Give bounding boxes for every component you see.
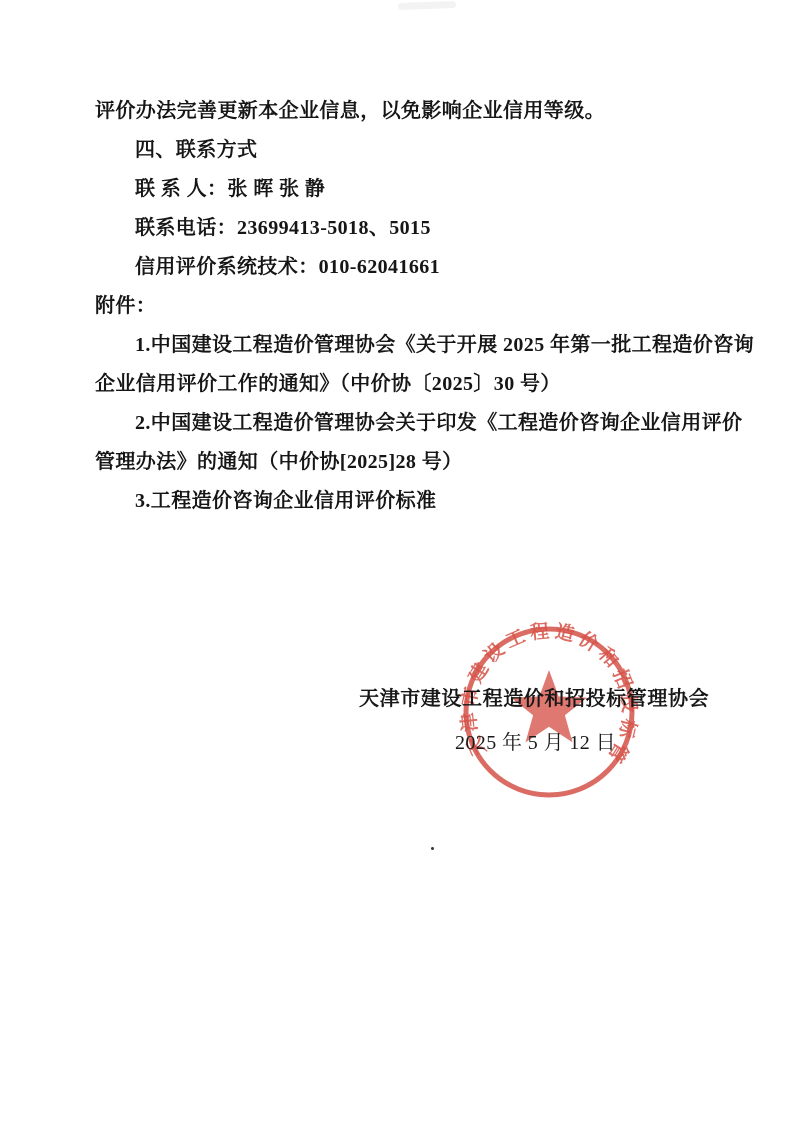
attachment-item-1-line-1: 1.中国建设工程造价管理协会《关于开展 2025 年第一批工程造价咨询 <box>95 326 717 365</box>
contact-person-line: 联 系 人：张 晖 张 静 <box>95 170 717 209</box>
attachments-label: 附件： <box>95 287 717 326</box>
signature-date: 2025 年 5 月 12 日 <box>455 726 616 755</box>
document-page: 评价办法完善更新本企业信息，以免影响企业信用等级。 四、联系方式 联 系 人：张… <box>0 0 800 1131</box>
document-body: 评价办法完善更新本企业信息，以免影响企业信用等级。 四、联系方式 联 系 人：张… <box>95 92 717 521</box>
attachment-item-2-line-2: 管理办法》的通知（中价协[2025]28 号） <box>95 443 717 482</box>
attachment-item-2-line-1: 2.中国建设工程造价管理协会关于印发《工程造价咨询企业信用评价 <box>95 404 717 443</box>
scan-speck <box>431 847 434 850</box>
official-red-seal: 天津市建设工程造价和招投标管理协会 <box>454 617 644 807</box>
section-heading-contact: 四、联系方式 <box>95 131 717 170</box>
contact-phone-line: 联系电话：23699413-5018、5015 <box>95 209 717 248</box>
scan-artifact <box>398 1 456 10</box>
attachment-item-3: 3.工程造价咨询企业信用评价标准 <box>95 482 717 521</box>
paragraph-intro: 评价办法完善更新本企业信息，以免影响企业信用等级。 <box>95 92 717 131</box>
signature-organization: 天津市建设工程造价和招投标管理协会 <box>359 682 709 711</box>
credit-system-phone-line: 信用评价系统技术：010-62041661 <box>95 248 717 287</box>
attachment-item-1-line-2: 企业信用评价工作的通知》（中价协〔2025〕30 号） <box>95 365 717 404</box>
